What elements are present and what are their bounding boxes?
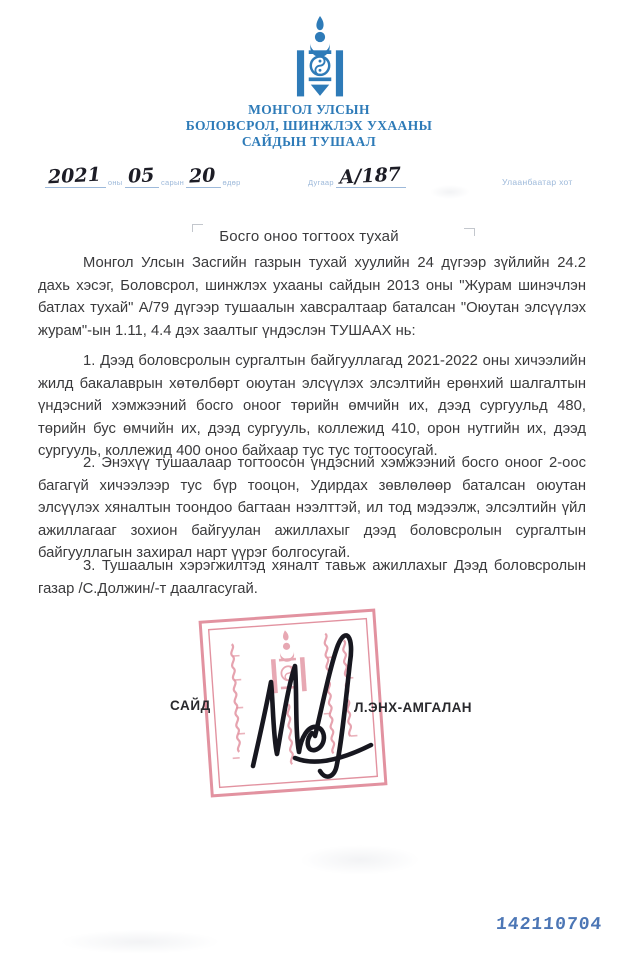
paragraph-item-3: 3. Тушаалын хэрэгжилтэд хяналт тавьж ажи… (38, 555, 586, 600)
soyombo-emblem-icon (283, 16, 357, 100)
date-year-label: оны (106, 178, 125, 188)
date-month-label: сарын (159, 178, 186, 188)
doc-number-label: Дугаар (306, 178, 336, 188)
org-header-line2: БОЛОВСРОЛ, ШИНЖЛЭХ УХААНЫ (0, 118, 618, 134)
doc-number-field: Дугаар А/187 (306, 166, 406, 188)
paragraph-item-2: 2. Энэхүү тушаалаар тогтоосон үндэсний х… (38, 452, 586, 565)
registration-number-stamp: 142110704 (495, 915, 603, 935)
doc-number-handwritten: А/187 (338, 164, 401, 187)
org-header: МОНГОЛ УЛСЫН БОЛОВСРОЛ, ШИНЖЛЭХ УХААНЫ С… (0, 102, 618, 150)
scan-smudge (60, 930, 220, 954)
date-fields: 2021 оны 05 сарын 20 өдөр (45, 166, 243, 188)
date-year-handwritten: 2021 (48, 165, 102, 188)
org-header-line1: МОНГОЛ УЛСЫН (0, 102, 618, 118)
org-header-line3: САЙДЫН ТУШААЛ (0, 134, 618, 150)
document-title: Босго оноо тогтоох тухай (0, 228, 618, 245)
dateline: 2021 оны 05 сарын 20 өдөр Дугаар А/187 У… (0, 166, 618, 198)
paragraph-preamble: Монгол Улсын Засгийн газрын тухай хуулий… (38, 252, 586, 342)
city-label: Улаанбаатар хот (502, 177, 573, 187)
date-day-label: өдөр (221, 178, 243, 188)
date-month-handwritten: 05 (127, 165, 154, 186)
date-day-handwritten: 20 (189, 165, 216, 186)
paragraph-item-1: 1. Дээд боловсролын сургалтын байгууллаг… (38, 350, 586, 463)
signer-role-label: САЙД (170, 698, 211, 713)
signer-name-label: Л.ЭНХ-АМГАЛАН (354, 700, 472, 715)
scanned-document-page: МОНГОЛ УЛСЫН БОЛОВСРОЛ, ШИНЖЛЭХ УХААНЫ С… (0, 0, 618, 960)
scan-smudge (300, 845, 420, 875)
